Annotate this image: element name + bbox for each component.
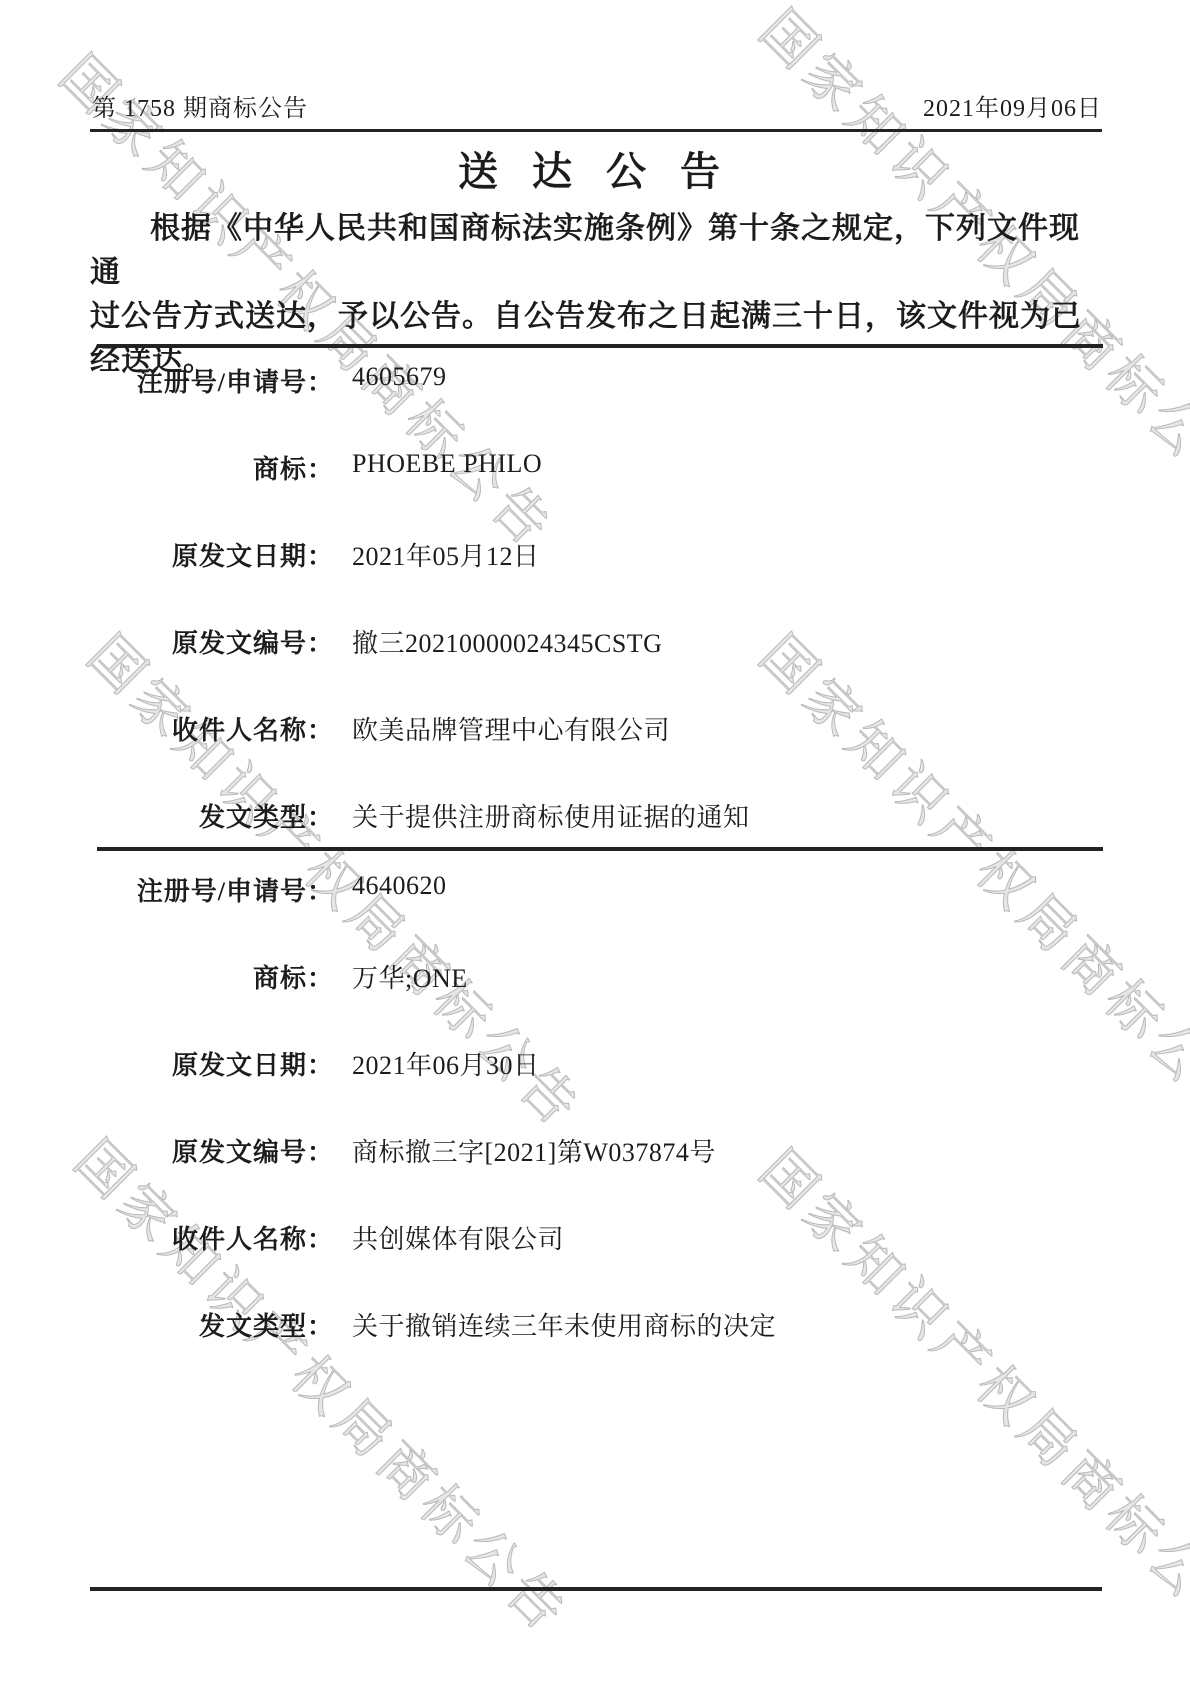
record: 注册号/申请号：4605679商标：PHOEBE PHILO原发文日期：2021… [0,362,1190,884]
field-value: 欧美品牌管理中心有限公司 [352,710,1092,747]
section-divider [97,847,1103,851]
gazette-issue-label: 第 1758 期商标公告 [92,88,308,123]
field-value: 撤三20210000024345CSTG [352,623,1092,660]
page-title: 送 达 公 告 [0,140,1190,197]
field-row: 商标：万华;ONE [0,958,1190,1045]
gazette-date-label: 2021年09月06日 [923,88,1102,123]
field-row: 原发文日期：2021年05月12日 [0,536,1190,623]
field-value: 4605679 [352,362,1092,392]
field-row: 收件人名称：共创媒体有限公司 [0,1219,1190,1306]
field-label: 注册号/申请号： [90,362,334,399]
field-value: 2021年05月12日 [352,536,1092,573]
field-label: 发文类型： [90,797,334,834]
gazette-page: 国家知识产权局商标公告国家知识产权局商标公告国家知识产权局商标公告国家知识产权局… [0,0,1190,1684]
field-label: 商标： [90,958,334,995]
field-row: 发文类型：关于撤销连续三年未使用商标的决定 [0,1306,1190,1393]
field-value: 4640620 [352,871,1092,901]
field-label: 收件人名称： [90,1219,334,1256]
field-row: 收件人名称：欧美品牌管理中心有限公司 [0,710,1190,797]
field-row: 原发文编号：撤三20210000024345CSTG [0,623,1190,710]
field-value: 关于提供注册商标使用证据的通知 [352,797,1092,834]
page-content: 第 1758 期商标公告 2021年09月06日 送 达 公 告 根据《中华人民… [0,0,1190,1684]
field-value: 共创媒体有限公司 [352,1219,1092,1256]
field-row: 原发文日期：2021年06月30日 [0,1045,1190,1132]
field-value: 万华;ONE [352,958,1092,995]
field-label: 原发文编号： [90,623,334,660]
field-label: 收件人名称： [90,710,334,747]
field-value: 商标撤三字[2021]第W037874号 [352,1132,1092,1169]
header-divider [90,129,1102,132]
field-value: 关于撤销连续三年未使用商标的决定 [352,1306,1092,1343]
field-label: 注册号/申请号： [90,871,334,908]
field-label: 原发文日期： [90,1045,334,1082]
field-label: 商标： [90,449,334,486]
field-row: 注册号/申请号：4640620 [0,871,1190,958]
field-value: 2021年06月30日 [352,1045,1092,1082]
field-label: 原发文编号： [90,1132,334,1169]
section-divider [97,344,1103,348]
intro-paragraph: 根据《中华人民共和国商标法实施条例》第十条之规定，下列文件现通 过公告方式送达，… [90,207,1106,383]
bottom-divider [90,1587,1102,1591]
field-row: 原发文编号：商标撤三字[2021]第W037874号 [0,1132,1190,1219]
field-label: 原发文日期： [90,536,334,573]
field-label: 发文类型： [90,1306,334,1343]
field-row: 商标：PHOEBE PHILO [0,449,1190,536]
record: 注册号/申请号：4640620商标：万华;ONE原发文日期：2021年06月30… [0,871,1190,1393]
field-row: 注册号/申请号：4605679 [0,362,1190,449]
field-value: PHOEBE PHILO [352,449,1092,479]
